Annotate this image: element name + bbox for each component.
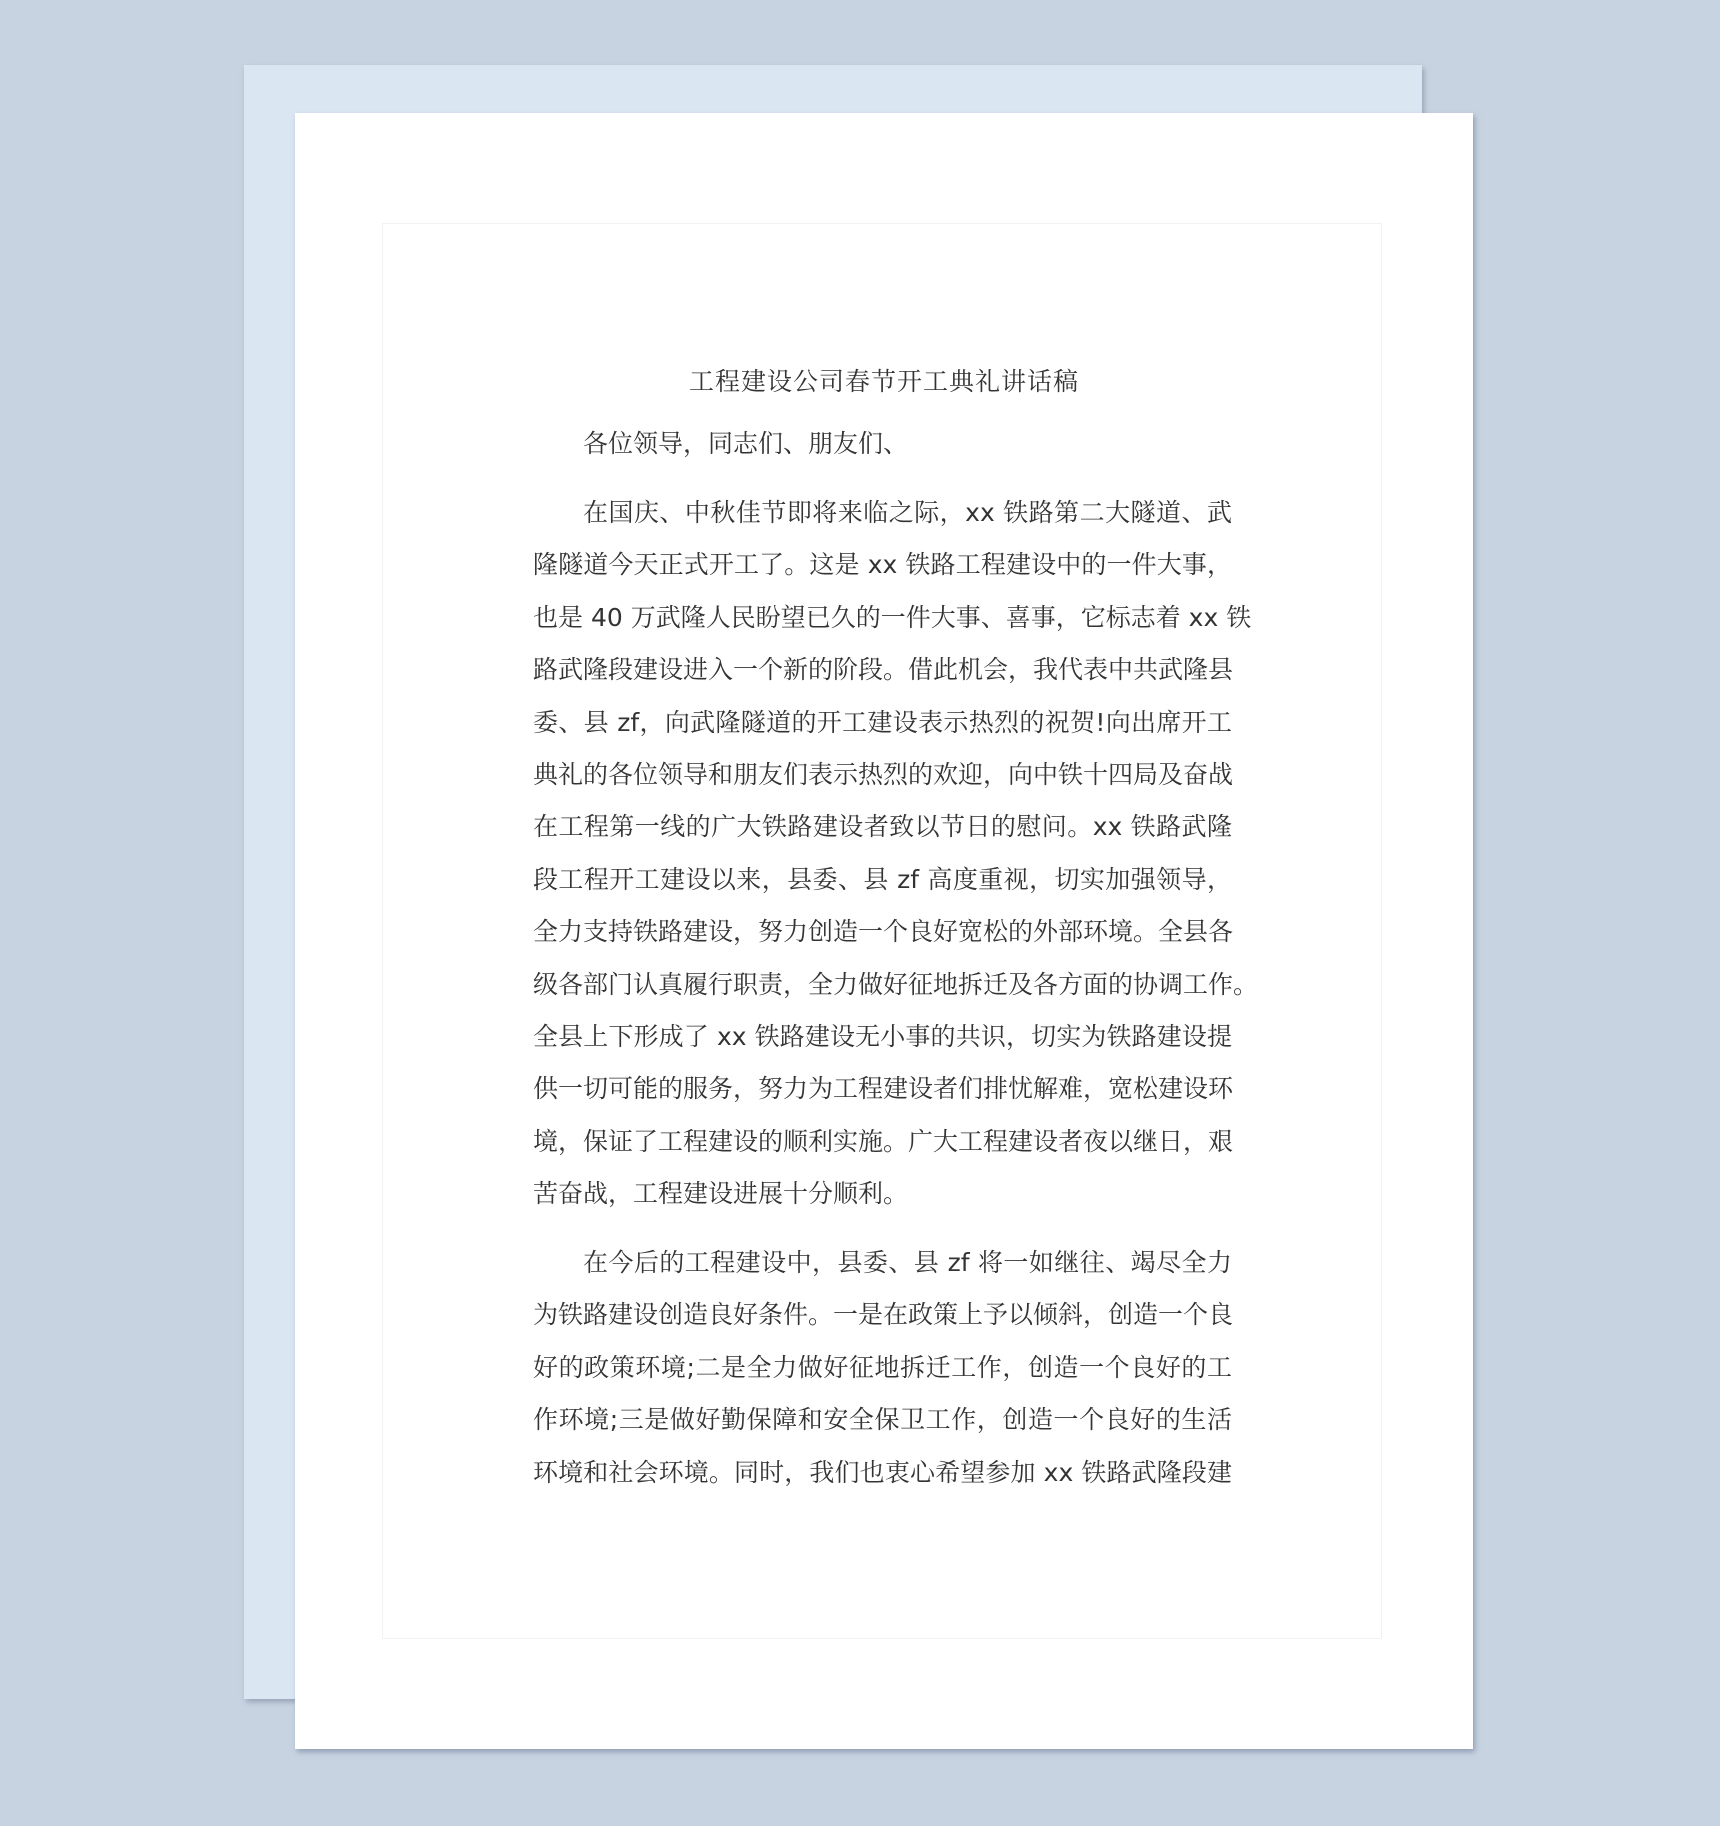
paragraph-line: 隆隧道今天正式开工了。这是 xx 铁路工程建设中的一件大事， — [533, 539, 1232, 591]
paragraph-line: 境，保证了工程建设的顺利实施。广大工程建设者夜以继日，艰 — [533, 1116, 1232, 1168]
paragraph-line: 路武隆段建设进入一个新的阶段。借此机会，我代表中共武隆县 — [533, 644, 1232, 696]
document-title: 工程建设公司春节开工典礼讲话稿 — [295, 356, 1473, 408]
paragraph-line: 供一切可能的服务，努力为工程建设者们排忧解难，宽松建设环 — [533, 1063, 1232, 1115]
paragraph-line: 级各部门认真履行职责，全力做好征地拆迁及各方面的协调工作。 — [533, 959, 1232, 1011]
paragraph-line: 委、县 zf，向武隆隧道的开工建设表示热烈的祝贺!向出席开工 — [533, 697, 1232, 749]
paragraph-line: 好的政策环境;二是全力做好征地拆迁工作，创造一个良好的工 — [533, 1342, 1232, 1394]
paragraph-line: 在工程第一线的广大铁路建设者致以节日的慰问。xx 铁路武隆 — [533, 801, 1232, 853]
paragraph-line: 在国庆、中秋佳节即将来临之际，xx 铁路第二大隧道、武 — [583, 487, 1232, 539]
paragraph-line: 在今后的工程建设中，县委、县 zf 将一如继往、竭尽全力 — [583, 1237, 1232, 1289]
paragraph-line: 作环境;三是做好勤保障和安全保卫工作，创造一个良好的生活 — [533, 1394, 1232, 1446]
front-page-sheet: 工程建设公司春节开工典礼讲话稿 各位领导，同志们、朋友们、 在国庆、中秋佳节即将… — [295, 113, 1473, 1749]
paragraph-line: 为铁路建设创造良好条件。一是在政策上予以倾斜，创造一个良 — [533, 1289, 1232, 1341]
paragraph-line: 环境和社会环境。同时，我们也衷心希望参加 xx 铁路武隆段建 — [533, 1447, 1232, 1499]
paragraph-line: 也是 40 万武隆人民盼望已久的一件大事、喜事，它标志着 xx 铁 — [533, 592, 1232, 644]
paragraph-line: 全县上下形成了 xx 铁路建设无小事的共识，切实为铁路建设提 — [533, 1011, 1232, 1063]
paragraph-line: 段工程开工建设以来，县委、县 zf 高度重视，切实加强领导， — [533, 854, 1232, 906]
paragraph-line: 苦奋战，工程建设进展十分顺利。 — [533, 1168, 1232, 1220]
paragraph-line: 典礼的各位领导和朋友们表示热烈的欢迎，向中铁十四局及奋战 — [533, 749, 1232, 801]
paragraph-line: 全力支持铁路建设，努力创造一个良好宽松的外部环境。全县各 — [533, 906, 1232, 958]
salutation: 各位领导，同志们、朋友们、 — [583, 418, 908, 470]
